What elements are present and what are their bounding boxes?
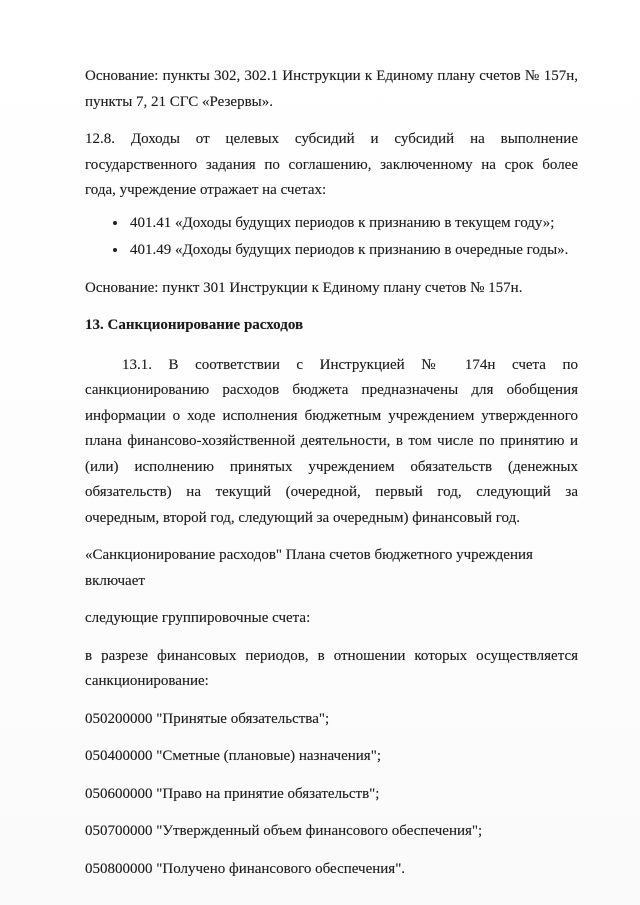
clause-13-1-paragraph: 13.1. В соответствии с Инструкцией № 174… [85,353,578,532]
bullet-dot-icon [113,221,117,225]
grouping-accounts-paragraph: следующие группировочные счета: [85,606,578,632]
section-13-heading: 13. Санкционирование расходов [85,313,578,339]
deferred-income-bullet-list: 401.41 «Доходы будущих периодов к призна… [85,210,578,264]
list-item: 401.49 «Доходы будущих периодов к призна… [130,237,578,264]
bullet-dot-icon [113,248,117,252]
basis-paragraph-301: Основание: пункт 301 Инструкции к Едином… [85,276,578,302]
clause-12-8-paragraph: 12.8. Доходы от целевых субсидий и субси… [85,127,578,204]
bullet-item-text: 401.49 «Доходы будущих периодов к призна… [130,242,568,258]
account-line: 050200000 "Принятые обязательства"; [85,707,578,733]
financial-periods-paragraph: в разрезе финансовых периодов, в отношен… [85,644,578,695]
basis-paragraph-157n: Основание: пункты 302, 302.1 Инструкции … [85,64,578,115]
sanction-plan-paragraph: «Санкционирование расходов" Плана счетов… [85,543,578,594]
account-line: 050800000 "Получено финансового обеспече… [85,857,578,883]
account-line: 050700000 "Утвержденный объем финансовог… [85,819,578,845]
bullet-item-text: 401.41 «Доходы будущих периодов к призна… [130,215,554,231]
document-page: Основание: пункты 302, 302.1 Инструкции … [0,0,640,905]
account-line: 050400000 "Сметные (плановые) назначения… [85,744,578,770]
list-item: 401.41 «Доходы будущих периодов к призна… [130,210,578,237]
account-line: 050600000 "Право на принятие обязательст… [85,782,578,808]
